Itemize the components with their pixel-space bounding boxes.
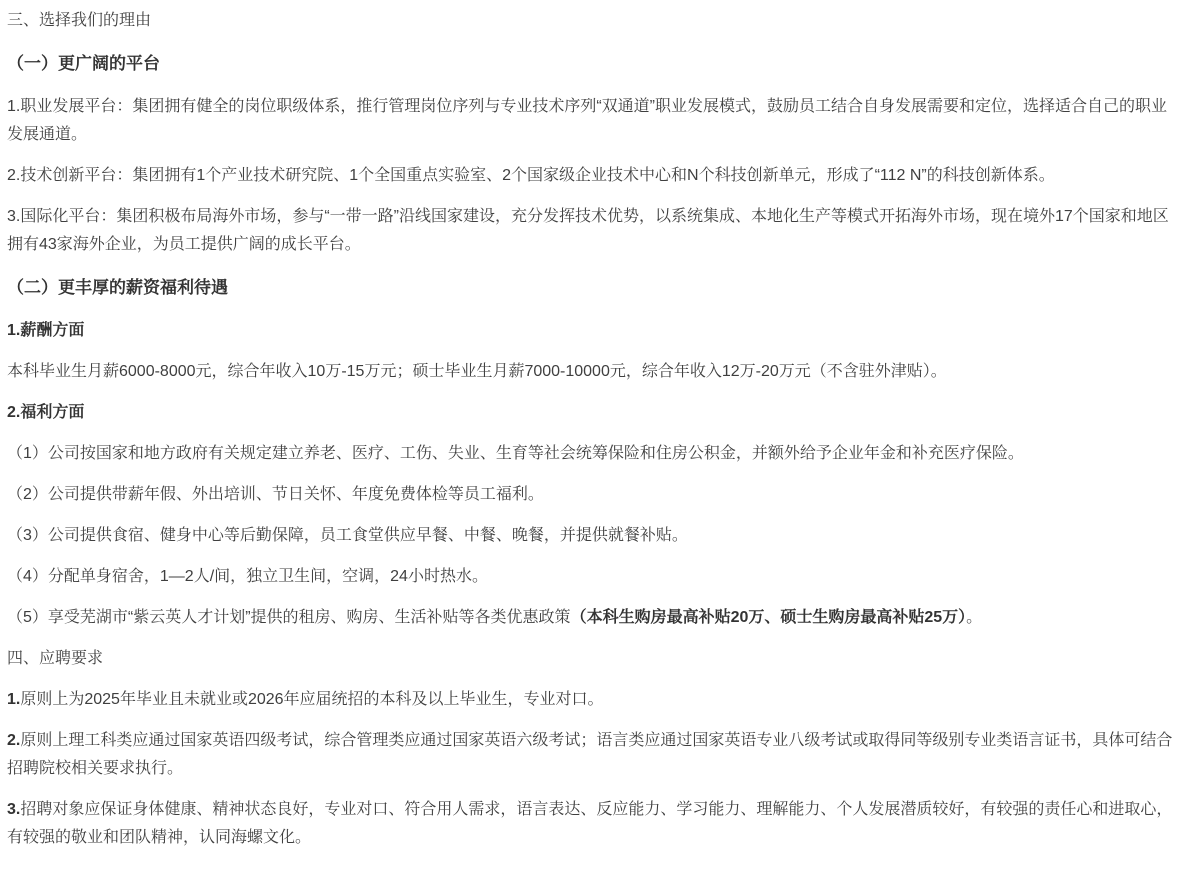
paragraph-tech-platform: 2.技术创新平台：集团拥有1个产业技术研究院、1个全国重点实验室、2个国家级企业… xyxy=(7,162,1181,190)
welfare-item-5-text: （5）享受芜湖市“紫云英人才计划”提供的租房、购房、生活补贴等各类优惠政策 xyxy=(7,609,571,626)
subheading-welfare: 2.福利方面 xyxy=(7,399,1181,427)
requirement-3-text: 招聘对象应保证身体健康、精神状态良好，专业对口、符合用人需求，语言表达、反应能力… xyxy=(7,801,1172,846)
welfare-item-4: （4）分配单身宿舍，1—2人/间，独立卫生间，空调，24小时热水。 xyxy=(7,563,1181,591)
welfare-item-5: （5）享受芜湖市“紫云英人才计划”提供的租房、购房、生活补贴等各类优惠政策（本科… xyxy=(7,604,1181,632)
welfare-item-5-bold-subsidy: （本科生购房最高补贴20万、硕士生购房最高补贴25万） xyxy=(571,609,967,626)
requirement-1-number: 1. xyxy=(7,691,20,708)
welfare-item-2: （2）公司提供带薪年假、外出培训、节日关怀、年度免费体检等员工福利。 xyxy=(7,481,1181,509)
paragraph-international-platform: 3.国际化平台：集团积极布局海外市场，参与“一带一路”沿线国家建设，充分发挥技术… xyxy=(7,203,1181,259)
requirement-2: 2.原则上理工科类应通过国家英语四级考试，综合管理类应通过国家英语六级考试；语言… xyxy=(7,727,1181,783)
requirement-2-text: 原则上理工科类应通过国家英语四级考试，综合管理类应通过国家英语六级考试；语言类应… xyxy=(7,732,1172,777)
subheading-salary: 1.薪酬方面 xyxy=(7,317,1181,345)
section3-title: 三、选择我们的理由 xyxy=(7,7,1181,35)
section4-title: 四、应聘要求 xyxy=(7,645,1181,673)
requirement-1-text: 原则上为2025年毕业且未就业或2026年应届统招的本科及以上毕业生，专业对口。 xyxy=(20,691,603,708)
recruitment-document: 三、选择我们的理由 （一）更广阔的平台 1.职业发展平台：集团拥有健全的岗位职级… xyxy=(0,0,1191,877)
welfare-item-3: （3）公司提供食宿、健身中心等后勤保障，员工食堂供应早餐、中餐、晚餐，并提供就餐… xyxy=(7,522,1181,550)
requirement-2-number: 2. xyxy=(7,732,20,749)
paragraph-salary-detail: 本科毕业生月薪6000-8000元，综合年收入10万-15万元；硕士毕业生月薪7… xyxy=(7,358,1181,386)
requirement-3-number: 3. xyxy=(7,801,20,818)
welfare-item-5-suffix: 。 xyxy=(966,609,982,626)
heading-broader-platform: （一）更广阔的平台 xyxy=(7,50,1181,78)
heading-compensation-benefits: （二）更丰厚的薪资福利待遇 xyxy=(7,274,1181,302)
requirement-1: 1.原则上为2025年毕业且未就业或2026年应届统招的本科及以上毕业生，专业对… xyxy=(7,686,1181,714)
welfare-item-1: （1）公司按国家和地方政府有关规定建立养老、医疗、工伤、失业、生育等社会统筹保险… xyxy=(7,440,1181,468)
requirement-3: 3.招聘对象应保证身体健康、精神状态良好，专业对口、符合用人需求，语言表达、反应… xyxy=(7,796,1181,852)
paragraph-career-platform: 1.职业发展平台：集团拥有健全的岗位职级体系，推行管理岗位序列与专业技术序列“双… xyxy=(7,93,1181,149)
